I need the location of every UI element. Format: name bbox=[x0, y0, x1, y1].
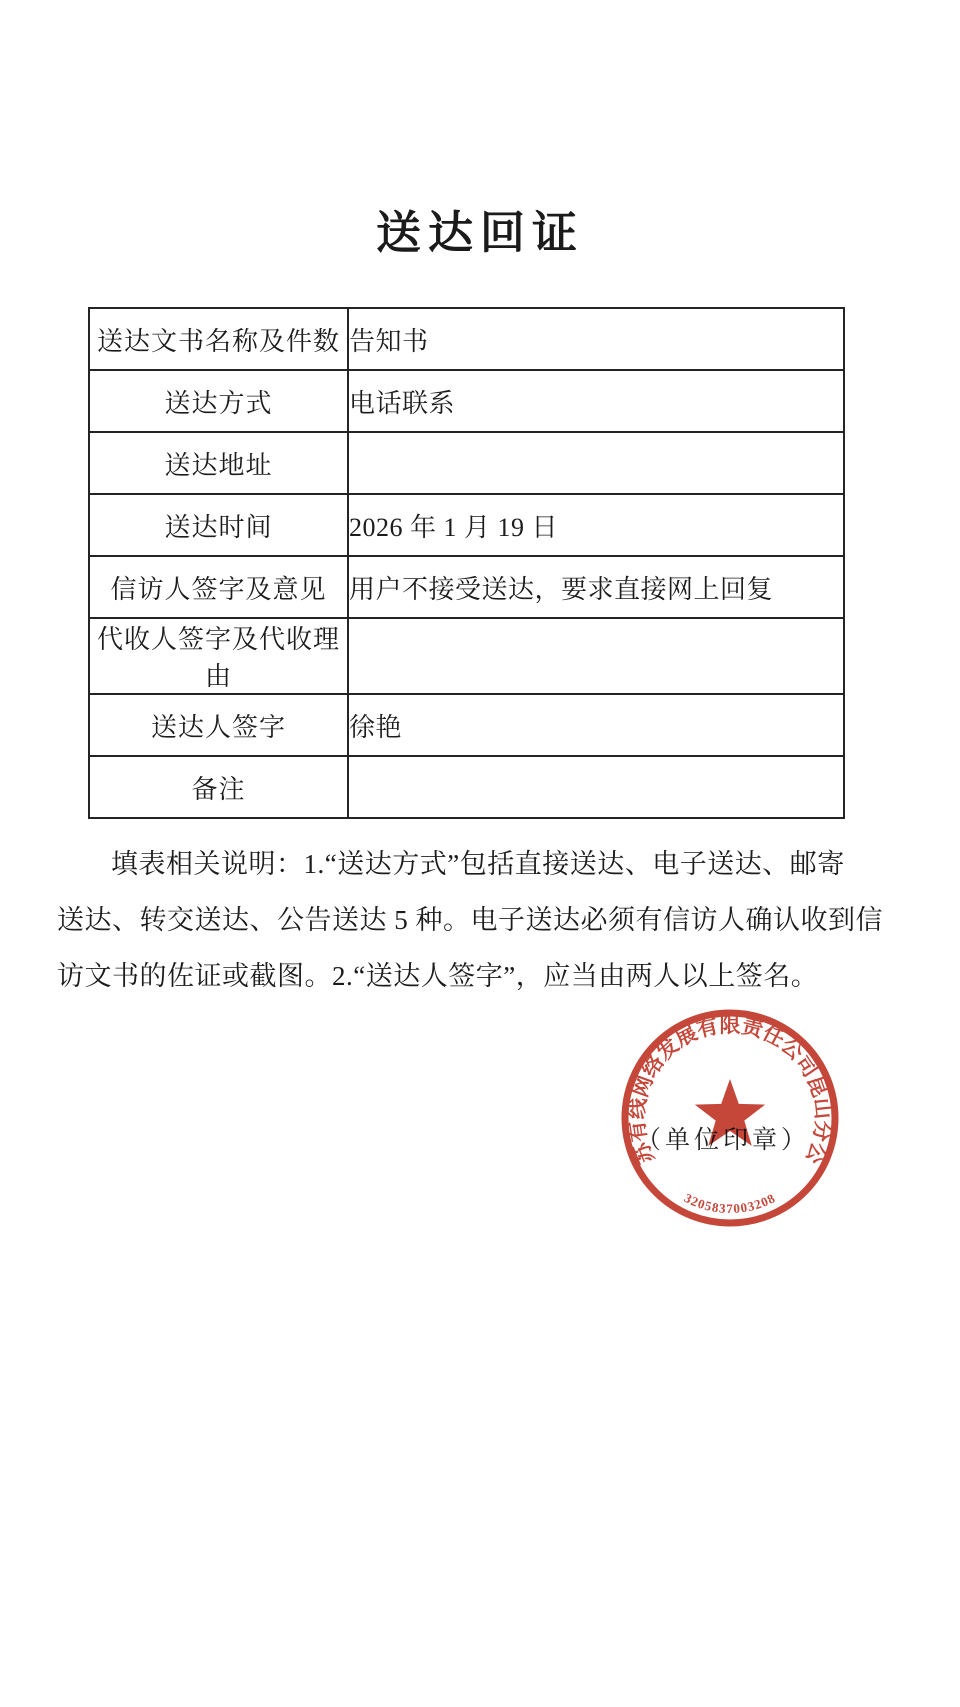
note-line-1: 填表相关说明：1.“送达方式”包括直接送达、电子送达、邮寄 bbox=[57, 836, 907, 892]
row-label: 代收人签字及代收理由 bbox=[89, 618, 348, 694]
seal-code: 3205837003208 bbox=[682, 1190, 778, 1216]
row-label: 送达地址 bbox=[89, 432, 348, 494]
table-row: 送达人签字 徐艳 bbox=[89, 694, 844, 756]
seal-star-icon bbox=[695, 1079, 765, 1146]
delivery-receipt-table: 送达文书名称及件数 告知书 送达方式 电话联系 送达地址 送达时间 2026 年… bbox=[88, 307, 845, 819]
table-row: 代收人签字及代收理由 bbox=[89, 618, 844, 694]
document-page: 送达回证 送达文书名称及件数 告知书 送达方式 电话联系 送达地址 送达时间 2… bbox=[0, 0, 960, 1707]
row-value bbox=[348, 756, 844, 818]
filling-instructions: 填表相关说明：1.“送达方式”包括直接送达、电子送达、邮寄 送达、转交送达、公告… bbox=[57, 836, 907, 1004]
table-row: 备注 bbox=[89, 756, 844, 818]
note-line-2: 送达、转交送达、公告送达 5 种。电子送达必须有信访人确认收到信 bbox=[57, 892, 907, 948]
row-value: 电话联系 bbox=[348, 370, 844, 432]
company-seal-stamp: 江苏有线网络发展有限责任公司昆山分公司 3205837003208 bbox=[615, 1003, 845, 1233]
row-value bbox=[348, 432, 844, 494]
document-title: 送达回证 bbox=[0, 196, 960, 261]
row-label: 送达人签字 bbox=[89, 694, 348, 756]
row-value: 用户不接受送达，要求直接网上回复 bbox=[348, 556, 844, 618]
table-row: 送达时间 2026 年 1 月 19 日 bbox=[89, 494, 844, 556]
row-value: 告知书 bbox=[348, 308, 844, 370]
row-value: 2026 年 1 月 19 日 bbox=[348, 494, 844, 556]
table-row: 送达方式 电话联系 bbox=[89, 370, 844, 432]
row-label: 送达文书名称及件数 bbox=[89, 308, 348, 370]
table-row: 送达文书名称及件数 告知书 bbox=[89, 308, 844, 370]
company-seal-area: 江苏有线网络发展有限责任公司昆山分公司 3205837003208 bbox=[615, 1003, 845, 1233]
note-line-3: 访文书的佐证或截图。2.“送达人签字”，应当由两人以上签名。 bbox=[57, 948, 907, 1004]
table-row: 送达地址 bbox=[89, 432, 844, 494]
row-value bbox=[348, 618, 844, 694]
row-value: 徐艳 bbox=[348, 694, 844, 756]
row-label: 信访人签字及意见 bbox=[89, 556, 348, 618]
seal-company-name: 江苏有线网络发展有限责任公司昆山分公司 bbox=[615, 1003, 836, 1167]
row-label: 送达时间 bbox=[89, 494, 348, 556]
row-label: 备注 bbox=[89, 756, 348, 818]
row-label: 送达方式 bbox=[89, 370, 348, 432]
table-row: 信访人签字及意见 用户不接受送达，要求直接网上回复 bbox=[89, 556, 844, 618]
